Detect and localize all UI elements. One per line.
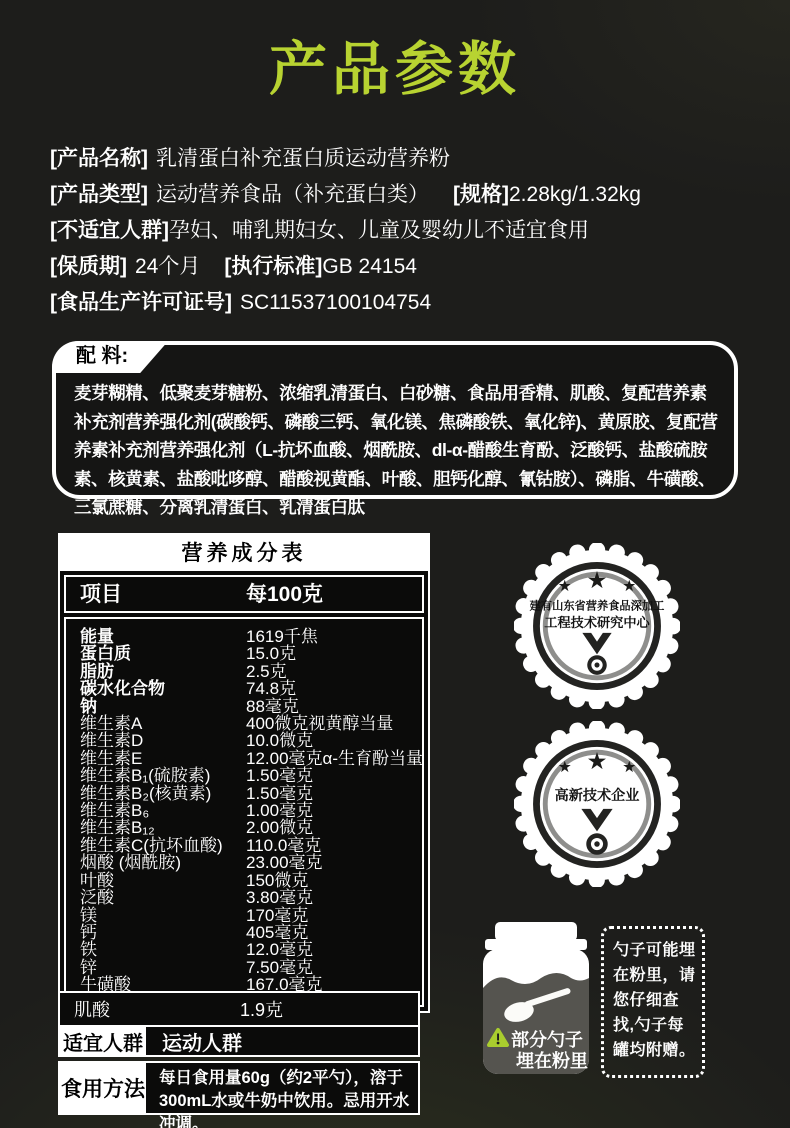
nutrient-value: 405毫克 bbox=[246, 924, 308, 941]
nutrition-row: 碳水化合物 74.8克 bbox=[66, 680, 422, 697]
nutrition-row: 锌 7.50毫克 bbox=[66, 959, 422, 976]
name-label: [产品名称] bbox=[50, 147, 148, 170]
spoon-note-box: 勺子可能埋在粉里，请您仔细查找,勺子每罐均附赠。 bbox=[601, 926, 705, 1078]
usage-label: 食用方法 bbox=[60, 1063, 146, 1113]
shelf-value: 24个月 bbox=[135, 255, 200, 278]
nutrition-row: 维生素B₆ 1.00毫克 bbox=[66, 802, 422, 819]
shelf-label: [保质期] bbox=[50, 255, 127, 278]
nutrient-value: 2.5克 bbox=[246, 663, 287, 680]
nutrient-value: 400微克视黄醇当量 bbox=[246, 715, 393, 732]
nutrient-value: 1.50毫克 bbox=[246, 767, 313, 784]
nutrient-label: 维生素A bbox=[66, 715, 246, 732]
jar-caption-line1: 部分勺子 bbox=[511, 1029, 583, 1050]
nutrient-label: 维生素B₂(核黄素) bbox=[66, 785, 246, 802]
type-value: 运动营养食品（补充蛋白类） bbox=[156, 183, 429, 206]
standard-label: [执行标准] bbox=[224, 255, 322, 278]
unsuitable-label: [不适宜人群] bbox=[50, 219, 169, 242]
badge-text-line1: 建有山东省营养食品深加工 bbox=[530, 598, 665, 612]
star-icon: ★ bbox=[587, 567, 608, 593]
nutrition-col-per100g: 每100克 bbox=[246, 578, 323, 608]
usage-value: 每日食用量60g（约2平勺），溶于300mL水或牛奶中饮用。忌用开水冲调。 bbox=[146, 1063, 418, 1113]
unsuitable-value: 孕妇、哺乳期妇女、儿童及婴幼儿不适宜食用 bbox=[169, 219, 589, 242]
info-line-shelf: [保质期]24个月[执行标准]GB 24154 bbox=[50, 249, 641, 285]
nutrient-value: 88毫克 bbox=[246, 698, 299, 715]
star-icon: ★ bbox=[587, 748, 608, 774]
badge-text-line2: 工程技术研究中心 bbox=[544, 614, 650, 630]
nutrition-row: 维生素B₁₂ 2.00微克 bbox=[66, 819, 422, 836]
spec-label: [规格] bbox=[453, 183, 509, 206]
nutrient-label: 铁 bbox=[66, 941, 246, 958]
nutrition-row: 维生素A 400微克视黄醇当量 bbox=[66, 715, 422, 732]
nutrition-row: 维生素C(抗坏血酸) 110.0毫克 bbox=[66, 837, 422, 854]
standard-value: GB 24154 bbox=[322, 255, 417, 278]
info-line-type: [产品类型]运动营养食品（补充蛋白类）[规格]2.28kg/1.32kg bbox=[50, 177, 641, 213]
nutrition-row: 能量 1619千焦 bbox=[66, 628, 422, 645]
nutrient-value: 1619千焦 bbox=[246, 628, 318, 645]
nutrition-row: 镁 170毫克 bbox=[66, 907, 422, 924]
creatine-value: 1.9克 bbox=[240, 996, 283, 1022]
jar-icon: 部分勺子 埋在粉里 bbox=[483, 922, 589, 1074]
nutrient-label: 烟酸 (烟酰胺) bbox=[66, 854, 246, 871]
nutrient-value: 3.80毫克 bbox=[246, 889, 313, 906]
nutrient-label: 钙 bbox=[66, 924, 246, 941]
nutrition-row: 维生素D 10.0微克 bbox=[66, 732, 422, 749]
spec-value: 2.28kg/1.32kg bbox=[509, 183, 641, 206]
jar-graphic: 部分勺子 埋在粉里 bbox=[483, 922, 589, 1074]
nutrient-label: 脂肪 bbox=[66, 663, 246, 680]
nutrition-row: 维生素E 12.00毫克α-生育酚当量 bbox=[66, 750, 422, 767]
name-value: 乳清蛋白补充蛋白质运动营养粉 bbox=[156, 147, 450, 170]
nutrition-row: 钙 405毫克 bbox=[66, 924, 422, 941]
nutrition-row: 铁 12.0毫克 bbox=[66, 941, 422, 958]
nutrition-row: 维生素B₂(核黄素) 1.50毫克 bbox=[66, 785, 422, 802]
nutrient-value: 12.0毫克 bbox=[246, 941, 313, 958]
nutrition-header-row: 项目 每100克 bbox=[64, 575, 424, 613]
nutrition-row: 蛋白质 15.0克 bbox=[66, 645, 422, 662]
nutrient-label: 维生素B₁₂ bbox=[66, 819, 246, 836]
badge-seal-icon: ★ ★ ★ 建有山东省营养食品深加工 工程技术研究中心 bbox=[514, 543, 680, 709]
nutrient-value: 23.00毫克 bbox=[246, 854, 323, 871]
nutrition-title: 营养成分表 bbox=[60, 535, 428, 571]
nutrient-value: 10.0微克 bbox=[246, 732, 313, 749]
nutrition-row: 烟酸 (烟酰胺) 23.00毫克 bbox=[66, 854, 422, 871]
star-icon: ★ bbox=[558, 759, 572, 776]
nutrient-value: 110.0毫克 bbox=[246, 837, 321, 854]
suitable-people-row: 适宜人群 运动人群 bbox=[58, 1025, 420, 1057]
ingredients-tab-label: 配 料: bbox=[52, 341, 168, 373]
star-icon: ★ bbox=[622, 578, 636, 595]
ingredients-text: 麦芽糊精、低聚麦芽糖粉、浓缩乳清蛋白、白砂糖、食品用香精、肌酸、复配营养素补充剂… bbox=[74, 379, 722, 522]
ingredients-box: 配 料: 麦芽糊精、低聚麦芽糖粉、浓缩乳清蛋白、白砂糖、食品用香精、肌酸、复配营… bbox=[52, 341, 738, 499]
nutrient-label: 能量 bbox=[66, 628, 246, 645]
license-value: SC11537100104754 bbox=[240, 291, 431, 314]
info-line-name: [产品名称]乳清蛋白补充蛋白质运动营养粉 bbox=[50, 141, 641, 177]
info-line-license: [食品生产许可证号]SC11537100104754 bbox=[50, 285, 641, 321]
nutrient-value: 170毫克 bbox=[246, 907, 308, 924]
nutrient-label: 维生素B₆ bbox=[66, 802, 246, 819]
nutrition-row: 脂肪 2.5克 bbox=[66, 663, 422, 680]
nutrient-value: 12.00毫克α-生育酚当量 bbox=[246, 750, 423, 767]
nutrient-value: 2.00微克 bbox=[246, 819, 313, 836]
nutrient-label: 蛋白质 bbox=[66, 645, 246, 662]
star-icon: ★ bbox=[558, 578, 572, 595]
nutrient-value: 15.0克 bbox=[246, 645, 296, 662]
creatine-label: 肌酸 bbox=[60, 996, 240, 1022]
creatine-row: 肌酸 1.9克 bbox=[58, 991, 420, 1029]
badge-text-line1: 高新技术企业 bbox=[555, 787, 641, 803]
nutrient-label: 碳水化合物 bbox=[66, 680, 246, 697]
nutrient-label: 泛酸 bbox=[66, 889, 246, 906]
nutrient-label: 维生素C(抗坏血酸) bbox=[66, 837, 246, 854]
nutrient-value: 74.8克 bbox=[246, 680, 296, 697]
nutrient-label: 维生素D bbox=[66, 732, 246, 749]
nutrient-value: 1.00毫克 bbox=[246, 802, 313, 819]
usage-row: 食用方法 每日食用量60g（约2平勺），溶于300mL水或牛奶中饮用。忌用开水冲… bbox=[58, 1061, 420, 1115]
product-info-block: [产品名称]乳清蛋白补充蛋白质运动营养粉 [产品类型]运动营养食品（补充蛋白类）… bbox=[50, 141, 641, 321]
nutrient-value: 1.50毫克 bbox=[246, 785, 313, 802]
nutrient-label: 锌 bbox=[66, 959, 246, 976]
info-line-unsuitable: [不适宜人群]孕妇、哺乳期妇女、儿童及婴幼儿不适宜食用 bbox=[50, 213, 641, 249]
nutrition-row: 泛酸 3.80毫克 bbox=[66, 889, 422, 906]
nutrient-label: 钠 bbox=[66, 698, 246, 715]
page-title: 产品参数 bbox=[0, 22, 790, 106]
nutrition-row: 钠 88毫克 bbox=[66, 698, 422, 715]
nutrient-value: 150微克 bbox=[246, 872, 308, 889]
license-label: [食品生产许可证号] bbox=[50, 291, 232, 314]
nutrition-col-item: 项目 bbox=[66, 578, 246, 608]
nutrient-label: 维生素E bbox=[66, 750, 246, 767]
suitable-label: 适宜人群 bbox=[60, 1027, 146, 1055]
nutrient-label: 维生素B₁(硫胺素) bbox=[66, 767, 246, 784]
badge-research-center: ★ ★ ★ 建有山东省营养食品深加工 工程技术研究中心 bbox=[514, 543, 680, 709]
nutrient-value: 7.50毫克 bbox=[246, 959, 313, 976]
nutrient-label: 镁 bbox=[66, 907, 246, 924]
badge-seal-icon: ★ ★ ★ 高新技术企业 bbox=[514, 721, 680, 887]
nutrition-body: 能量 1619千焦 蛋白质 15.0克 脂肪 2.5克 碳水化合物 74.8克 … bbox=[64, 617, 424, 1007]
jar-caption-line2: 埋在粉里 bbox=[516, 1050, 588, 1071]
nutrition-row: 维生素B₁(硫胺素) 1.50毫克 bbox=[66, 767, 422, 784]
nutrition-table: 营养成分表 项目 每100克 能量 1619千焦 蛋白质 15.0克 脂肪 2.… bbox=[58, 533, 430, 1013]
nutrient-label: 叶酸 bbox=[66, 872, 246, 889]
star-icon: ★ bbox=[622, 759, 636, 776]
nutrition-row: 叶酸 150微克 bbox=[66, 872, 422, 889]
product-spec-page: 产品参数 [产品名称]乳清蛋白补充蛋白质运动营养粉 [产品类型]运动营养食品（补… bbox=[0, 0, 790, 1128]
type-label: [产品类型] bbox=[50, 183, 148, 206]
suitable-value: 运动人群 bbox=[146, 1027, 242, 1056]
badge-hightech-enterprise: ★ ★ ★ 高新技术企业 bbox=[514, 721, 680, 887]
